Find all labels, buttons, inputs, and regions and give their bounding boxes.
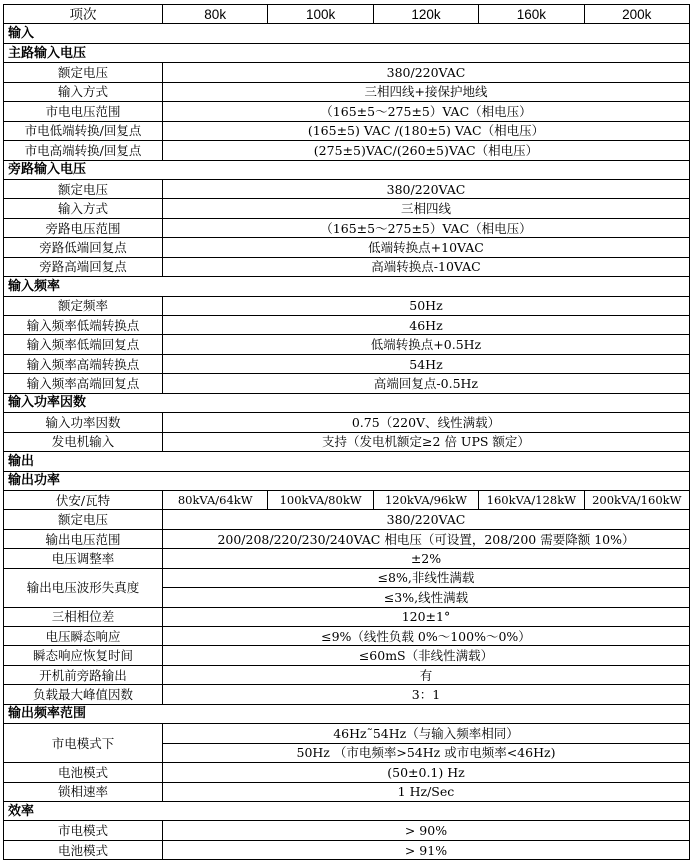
row-value: ≤9%（线性负载 0%～100%～0%） — [163, 627, 690, 646]
row-value: ≤3%,线性满载 — [163, 588, 690, 607]
table-row: 市电低端转换/回复点(165±5) VAC /(180±5) VAC（相电压） — [4, 121, 690, 140]
row-label: 输入方式 — [4, 82, 163, 101]
row-label: 开机前旁路输出 — [4, 665, 163, 684]
row-value: (50±0.1) Hz — [163, 763, 690, 782]
table-row-va-watt: 伏安/瓦特 80kVA/64kW 100kVA/80kW 120kVA/96kW… — [4, 490, 690, 509]
va-watt-120k: 120kVA/96kW — [373, 490, 478, 509]
subsection-output-power: 输出功率 — [4, 471, 690, 490]
subsection-output-frequency-range: 输出频率范围 — [4, 704, 690, 723]
row-label: 市电低端转换/回复点 — [4, 121, 163, 140]
row-label: 输入频率高端回复点 — [4, 374, 163, 393]
row-label: 市电模式 — [4, 821, 163, 840]
table-row: 市电高端转换/回复点(275±5)VAC/(260±5)VAC（相电压） — [4, 141, 690, 160]
row-value: 三相四线+接保护地线 — [163, 82, 690, 101]
subsection-efficiency: 效率 — [4, 801, 690, 820]
row-value: 1 Hz/Sec — [163, 782, 690, 801]
row-value: ≤60mS（非线性满载） — [163, 646, 690, 665]
row-label: 市电高端转换/回复点 — [4, 141, 163, 160]
row-label: 电压调整率 — [4, 549, 163, 568]
row-value: 支持（发电机额定≥2 倍 UPS 额定） — [163, 432, 690, 451]
row-value: (165±5) VAC /(180±5) VAC（相电压） — [163, 121, 690, 140]
table-row: 额定电压380/220VAC — [4, 179, 690, 198]
table-row: 额定频率50Hz — [4, 296, 690, 315]
row-label: 额定电压 — [4, 179, 163, 198]
section-output: 输出 — [4, 452, 690, 471]
table-row: 三相相位差120±1° — [4, 607, 690, 626]
row-label: 旁路低端回复点 — [4, 238, 163, 257]
header-model-160k: 160k — [479, 5, 584, 24]
table-row: 电压调整率±2% — [4, 549, 690, 568]
table-row: 旁路高端回复点高端转换点-10VAC — [4, 257, 690, 276]
row-label: 发电机输入 — [4, 432, 163, 451]
row-value: 46Hz˜54Hz（与输入频率相同） — [163, 724, 690, 743]
table-row: 电压瞬态响应≤9%（线性负载 0%～100%～0%） — [4, 627, 690, 646]
table-row: 输入频率高端转换点54Hz — [4, 354, 690, 373]
table-row: 发电机输入支持（发电机额定≥2 倍 UPS 额定） — [4, 432, 690, 451]
row-label: 市电电压范围 — [4, 102, 163, 121]
row-value: 三相四线 — [163, 199, 690, 218]
row-value: > 90% — [163, 821, 690, 840]
header-model-80k: 80k — [163, 5, 268, 24]
subsection-input-frequency: 输入频率 — [4, 277, 690, 296]
va-watt-160k: 160kVA/128kW — [479, 490, 584, 509]
row-label: 额定电压 — [4, 63, 163, 82]
table-row: 负载最大峰值因数3：1 — [4, 685, 690, 704]
row-label: 输入频率低端转换点 — [4, 316, 163, 335]
row-label: 输出电压范围 — [4, 529, 163, 548]
table-row: 输入功率因数0.75（220V、线性满载） — [4, 413, 690, 432]
table-row: 额定电压380/220VAC — [4, 510, 690, 529]
table-row: 锁相速率1 Hz/Sec — [4, 782, 690, 801]
row-value: (275±5)VAC/(260±5)VAC（相电压） — [163, 141, 690, 160]
header-model-200k: 200k — [584, 5, 689, 24]
row-value: 低端转换点+10VAC — [163, 238, 690, 257]
table-row: 输入频率低端回复点低端转换点+0.5Hz — [4, 335, 690, 354]
header-item-label: 项次 — [4, 5, 163, 24]
row-value: （165±5～275±5）VAC（相电压） — [163, 102, 690, 121]
table-header-row: 项次 80k 100k 120k 160k 200k — [4, 5, 690, 24]
row-value: 54Hz — [163, 354, 690, 373]
row-label: 三相相位差 — [4, 607, 163, 626]
table-row: 输入方式三相四线+接保护地线 — [4, 82, 690, 101]
ups-spec-table: 项次 80k 100k 120k 160k 200k 输入 主路输入电压 额定电… — [3, 4, 690, 860]
va-watt-200k: 200kVA/160kW — [584, 490, 689, 509]
row-value: 50Hz （市电频率>54Hz 或市电频率<46Hz) — [163, 743, 690, 762]
table-row: 瞬态响应恢复时间≤60mS（非线性满载） — [4, 646, 690, 665]
row-label: 旁路电压范围 — [4, 218, 163, 237]
row-value: 高端转换点-10VAC — [163, 257, 690, 276]
row-label: 输入方式 — [4, 199, 163, 218]
row-value: 46Hz — [163, 316, 690, 335]
table-row: 额定电压380/220VAC — [4, 63, 690, 82]
row-value: 200/208/220/230/240VAC 相电压（可设置，208/200 需… — [163, 529, 690, 548]
row-label: 瞬态响应恢复时间 — [4, 646, 163, 665]
table-row: 旁路低端回复点低端转换点+10VAC — [4, 238, 690, 257]
table-row: 输入频率高端回复点高端回复点-0.5Hz — [4, 374, 690, 393]
row-value: 50Hz — [163, 296, 690, 315]
row-label: 旁路高端回复点 — [4, 257, 163, 276]
table-row: 电池模式(50±0.1) Hz — [4, 763, 690, 782]
row-value: 低端转换点+0.5Hz — [163, 335, 690, 354]
row-label: 输入功率因数 — [4, 413, 163, 432]
row-label: 市电模式下 — [4, 724, 163, 763]
row-label: 锁相速率 — [4, 782, 163, 801]
header-model-100k: 100k — [268, 5, 373, 24]
subsection-bypass-voltage: 旁路输入电压 — [4, 160, 690, 179]
row-value: 380/220VAC — [163, 63, 690, 82]
table-row: 市电模式下 46Hz˜54Hz（与输入频率相同） — [4, 724, 690, 743]
row-value: ±2% — [163, 549, 690, 568]
row-label: 电池模式 — [4, 763, 163, 782]
table-row: 输入频率低端转换点46Hz — [4, 316, 690, 335]
row-value: （165±5～275±5）VAC（相电压） — [163, 218, 690, 237]
table-row: 输出电压范围200/208/220/230/240VAC 相电压（可设置，208… — [4, 529, 690, 548]
row-label: 输入频率低端回复点 — [4, 335, 163, 354]
row-value: 380/220VAC — [163, 510, 690, 529]
table-row: 市电电压范围（165±5～275±5）VAC（相电压） — [4, 102, 690, 121]
table-row: 旁路电压范围（165±5～275±5）VAC（相电压） — [4, 218, 690, 237]
row-value: 高端回复点-0.5Hz — [163, 374, 690, 393]
row-value: > 91% — [163, 840, 690, 859]
va-watt-100k: 100kVA/80kW — [268, 490, 373, 509]
subsection-input-power-factor: 输入功率因数 — [4, 393, 690, 412]
row-label: 额定频率 — [4, 296, 163, 315]
subsection-main-voltage: 主路输入电压 — [4, 43, 690, 62]
row-value: 3：1 — [163, 685, 690, 704]
header-model-120k: 120k — [373, 5, 478, 24]
row-value: 有 — [163, 665, 690, 684]
va-watt-80k: 80kVA/64kW — [163, 490, 268, 509]
row-value: 380/220VAC — [163, 179, 690, 198]
row-value: 0.75（220V、线性满载） — [163, 413, 690, 432]
row-label: 伏安/瓦特 — [4, 490, 163, 509]
row-value: 120±1° — [163, 607, 690, 626]
table-row: 电池模式> 91% — [4, 840, 690, 859]
row-label: 电池模式 — [4, 840, 163, 859]
table-row: 输出电压波形失真度 ≤8%,非线性满载 — [4, 568, 690, 587]
table-row: 市电模式> 90% — [4, 821, 690, 840]
row-label: 输出电压波形失真度 — [4, 568, 163, 607]
row-label: 电压瞬态响应 — [4, 627, 163, 646]
section-input: 输入 — [4, 24, 690, 43]
row-value: ≤8%,非线性满载 — [163, 568, 690, 587]
table-row: 输入方式三相四线 — [4, 199, 690, 218]
table-row: 开机前旁路输出有 — [4, 665, 690, 684]
row-label: 额定电压 — [4, 510, 163, 529]
row-label: 输入频率高端转换点 — [4, 354, 163, 373]
row-label: 负载最大峰值因数 — [4, 685, 163, 704]
